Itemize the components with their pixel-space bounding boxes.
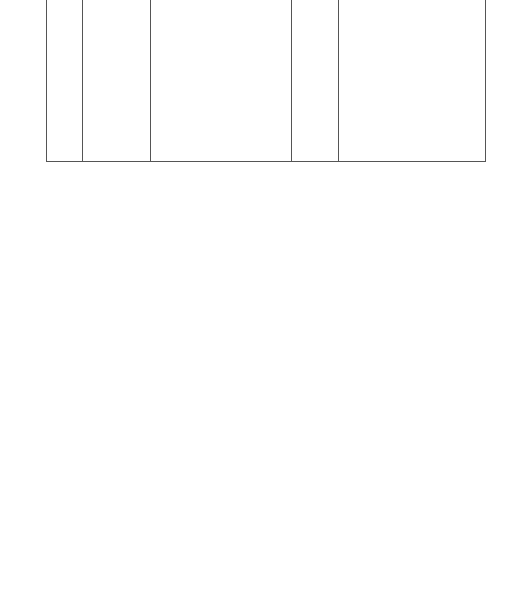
station-cell [47, 0, 82, 161]
training-dates-cell [150, 0, 291, 161]
address-cell [338, 0, 485, 161]
city-cell [291, 0, 338, 161]
schedule-table [46, 0, 486, 162]
report-date-cell [82, 0, 150, 161]
